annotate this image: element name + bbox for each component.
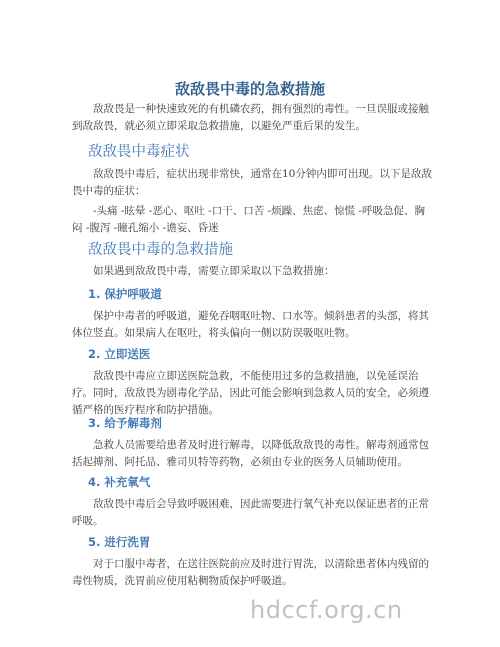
symptoms-heading: 敌敌畏中毒症状 [88,140,190,161]
symptoms-paragraph: 敌敌畏中毒后，症状出现非常快，通常在10分钟内即可出现。以下是敌敌畏中毒的症状： [72,166,432,200]
measure-2-body: 敌敌畏中毒应立即送医院急救，不能使用过多的急救措施，以免延误治疗。同时，敌敌畏为… [72,368,432,419]
intro-paragraph: 敌敌畏是一种快速致死的有机磷农药，拥有强烈的毒性。一旦误服或接触到敌敌畏，就必须… [72,101,432,135]
measure-4-body: 敌敌畏中毒后会导致呼吸困难，因此需要进行氧气补充以保证患者的正常呼吸。 [72,496,432,530]
measure-2-heading: 2. 立即送医 [88,346,150,362]
measure-3-body: 急救人员需要给患者及时进行解毒，以降低敌敌畏的毒性。解毒剂通常包括起搏剂、阿托品… [72,437,432,471]
watermark: hdccf.org.cn [250,596,403,624]
measure-5-body: 对于口服中毒者，在送往医院前应及时进行胃洗，以清除患者体内残留的毒性物质，洗胃前… [72,556,432,590]
document-title: 敌敌畏中毒的急救措施 [0,78,500,99]
measures-heading: 敌敌畏中毒的急救措施 [88,238,233,259]
measures-intro: 如果遇到敌敌畏中毒，需要立即采取以下急救措施： [72,263,432,280]
measure-4-heading: 4. 补充氧气 [88,474,150,490]
measure-1-body: 保护中毒者的呼吸道，避免吞咽呕吐物、口水等。倾斜患者的头部，将其体位竖直。如果病… [72,308,432,342]
measure-3-heading: 3. 给予解毒剂 [88,415,162,431]
symptoms-list: -头痛 -眩晕 -恶心、呕吐 -口干、口苦 -烦躁、焦虑、惊慌 -呼吸急促、胸闷… [72,203,432,237]
document-page: 敌敌畏中毒的急救措施 敌敌畏是一种快速致死的有机磷农药，拥有强烈的毒性。一旦误服… [0,0,500,647]
measure-1-heading: 1. 保护呼吸道 [88,286,162,302]
measure-5-heading: 5. 进行洗胃 [88,534,150,550]
